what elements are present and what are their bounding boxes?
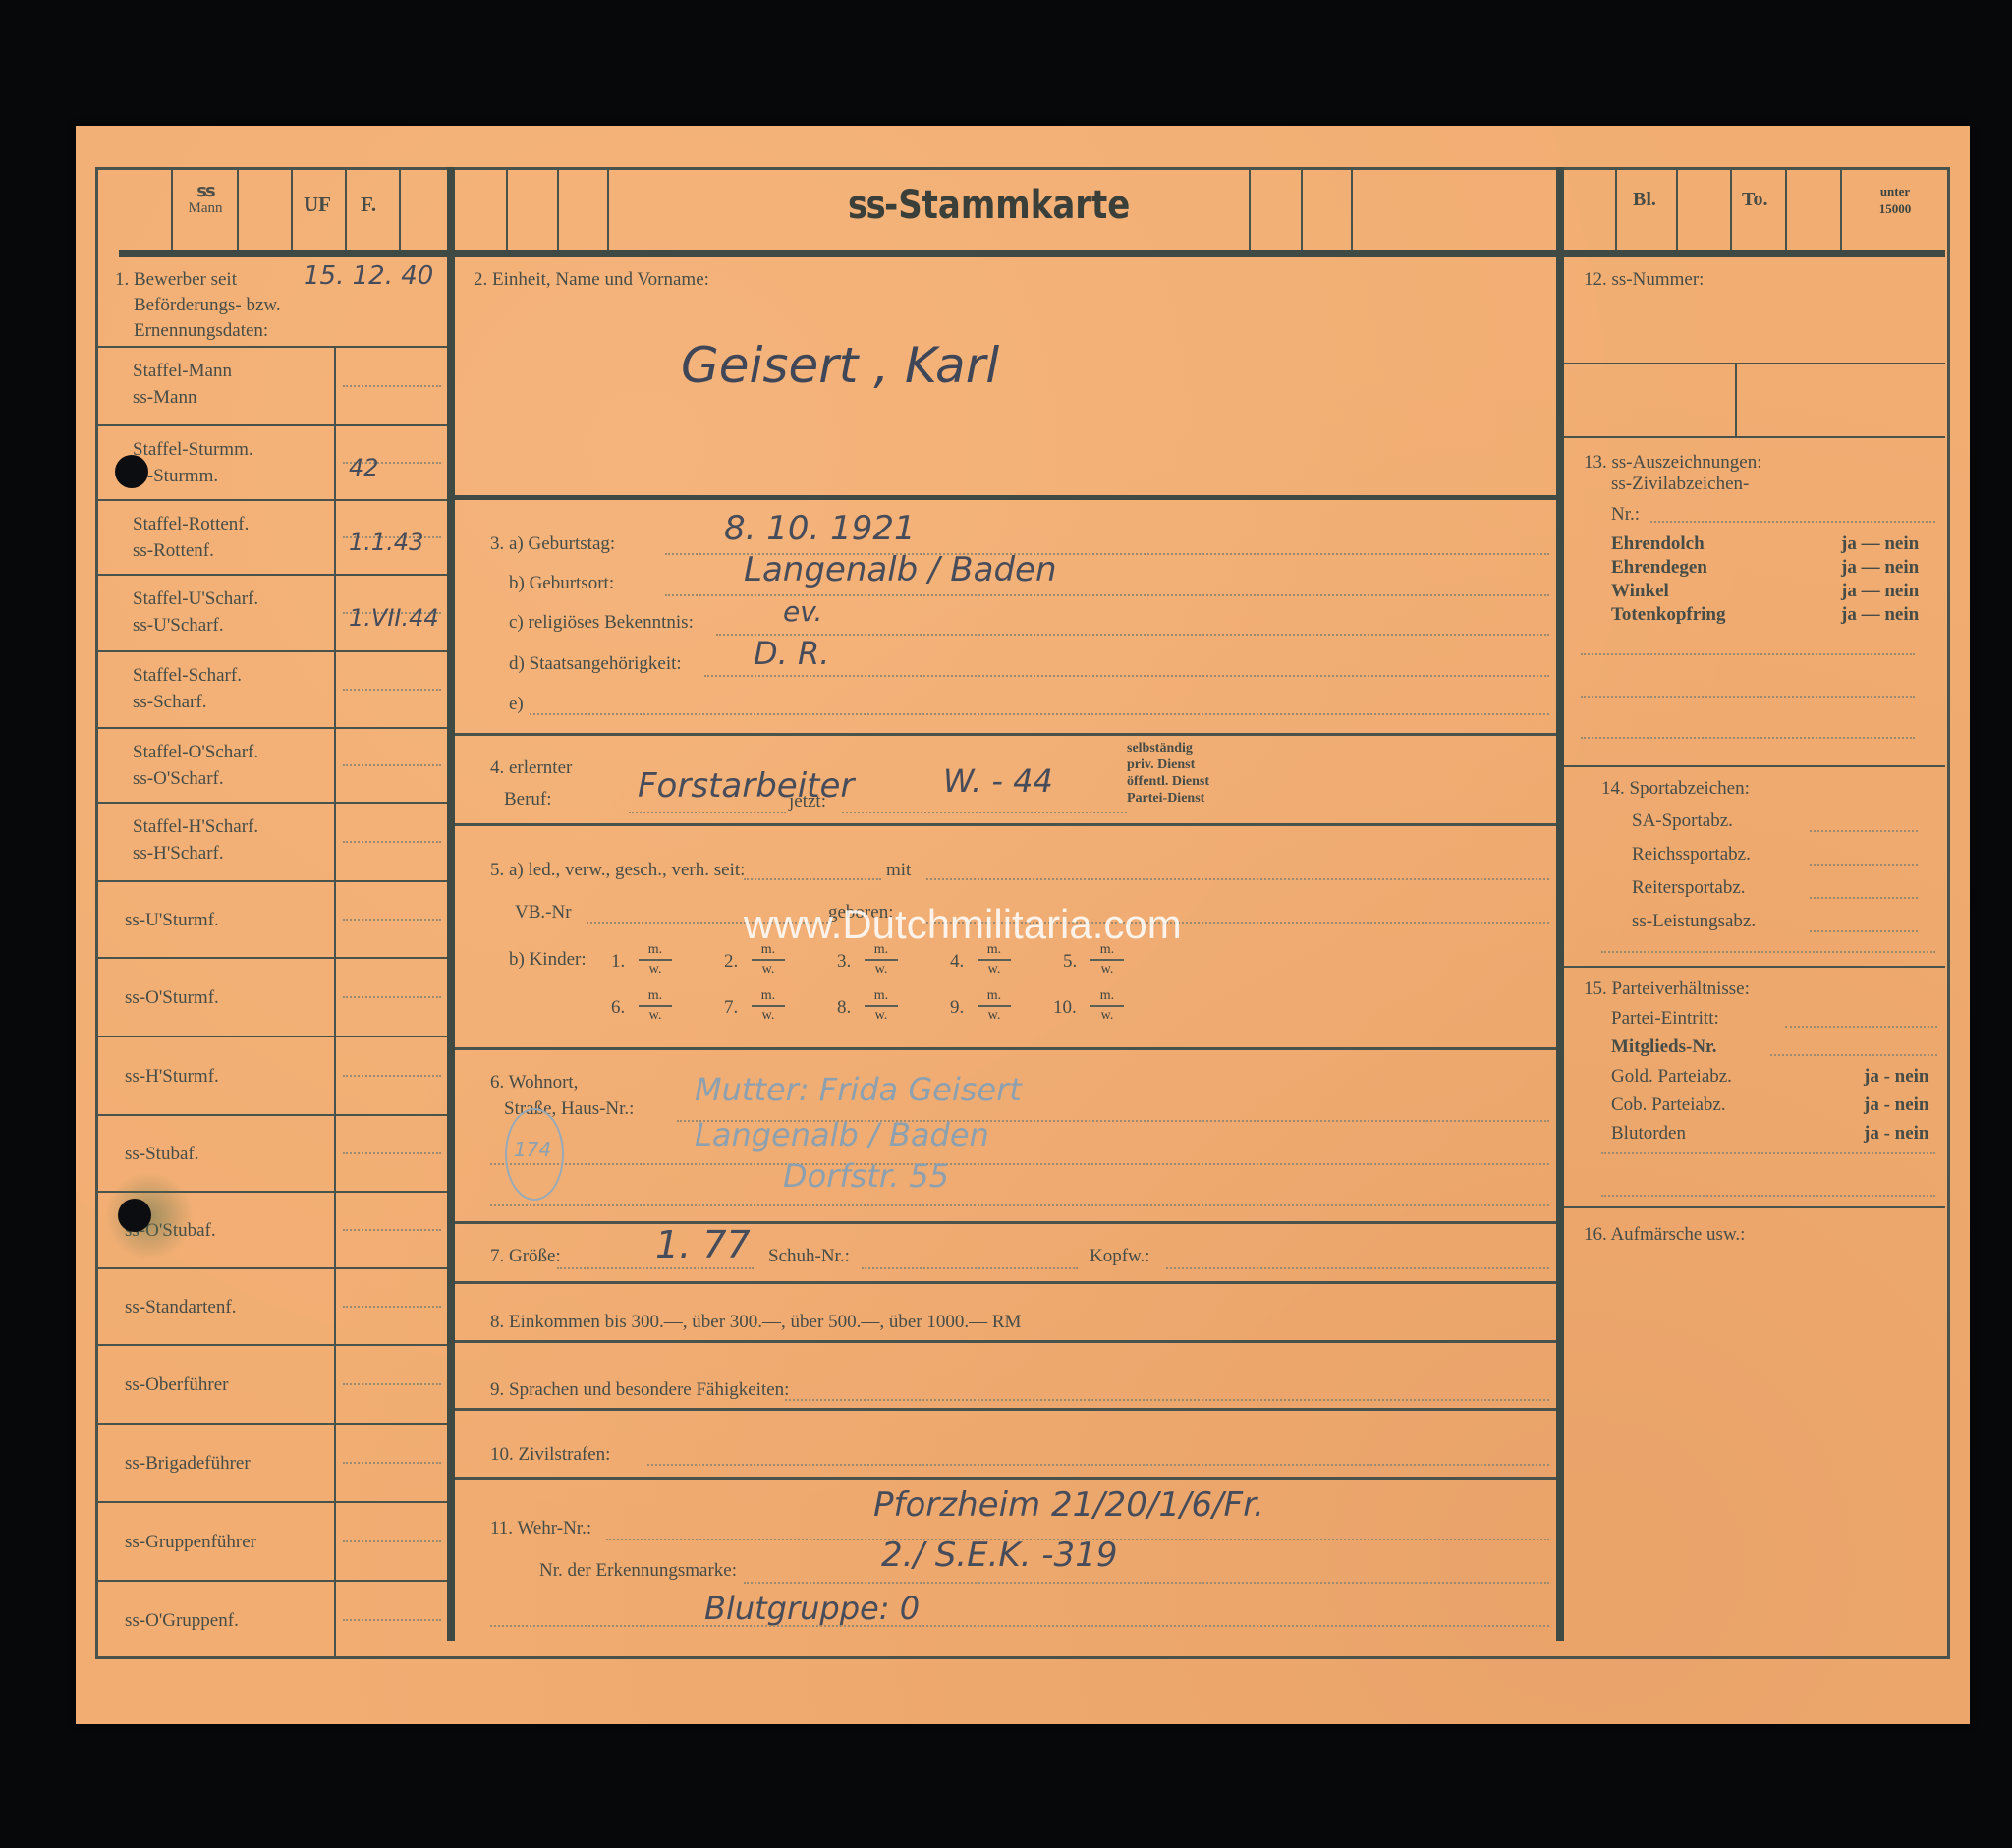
party-extra-line-1 <box>1601 1152 1935 1154</box>
familienstand-label: 5. a) led., verw., gesch., verh. seit: <box>490 860 745 881</box>
section14-bottom-line <box>1564 966 1945 968</box>
rank-date-line <box>343 689 441 691</box>
rank-date-value[interactable]: 42 <box>349 454 379 481</box>
mit-line <box>926 878 1549 880</box>
e-label: e) <box>509 694 524 715</box>
rank-label: ss-U'Sturmf. <box>125 907 219 933</box>
party-item-name: Blutorden <box>1611 1123 1686 1145</box>
frame-top-line <box>95 167 1950 170</box>
sport-badge-label: Reichssportabz. <box>1632 844 1751 866</box>
jetzt-line <box>842 812 1127 813</box>
staatsangehoerigkeit-label: d) Staatsangehörigkeit: <box>509 653 682 675</box>
section10-bottom-line <box>455 1477 1556 1480</box>
header-underline-right <box>1564 250 1945 257</box>
befoerderungs-label: Beförderungs- bzw. <box>134 295 281 316</box>
rank-row: Staffel-Scharf.ss-Scharf. <box>95 650 447 727</box>
rank-label: Staffel-H'Scharf.ss-H'Scharf. <box>133 813 258 867</box>
awards-extra-line-1 <box>1581 653 1915 655</box>
header-left-div <box>345 167 347 250</box>
wohnort-value-3[interactable]: Dorfstr. 55 <box>783 1157 949 1195</box>
sprachen-label: 9. Sprachen und besondere Fähigkeiten: <box>490 1379 789 1401</box>
header-right-div <box>1615 167 1617 250</box>
mitglieds-nr-line <box>1770 1054 1937 1056</box>
rank-date-line <box>343 919 441 921</box>
zivilabzeichen-nr-label: Nr.: <box>1611 504 1640 526</box>
sprachen-line <box>785 1399 1549 1401</box>
award-choice[interactable]: ja — nein <box>1841 604 1919 626</box>
award-name: Ehrendegen <box>1611 557 1707 579</box>
section4-bottom-line <box>455 823 1556 826</box>
kopfweite-line <box>1166 1267 1549 1269</box>
groesse-line <box>557 1267 754 1269</box>
kind-number: 7. <box>724 997 738 1019</box>
wohnort-line-3 <box>490 1204 1549 1206</box>
ss-rune-icon: ss <box>848 183 884 228</box>
punch-hole-bottom <box>118 1199 151 1232</box>
ernennungsdaten-label: Ernennungsdaten: <box>134 320 268 342</box>
mann-label: Mann <box>174 200 237 217</box>
party-item-choice[interactable]: ja - nein <box>1864 1094 1929 1116</box>
kind-number: 8. <box>837 997 851 1019</box>
rank-label: ss-Brigadeführer <box>125 1450 251 1477</box>
left-column-separator <box>447 167 455 1641</box>
rank-row: Staffel-H'Scharf.ss-H'Scharf. <box>95 802 447 880</box>
rank-date-line <box>343 1229 441 1231</box>
section13-bottom-line <box>1564 765 1945 767</box>
ss-nummer-label: 12. ss-Nummer: <box>1584 269 1704 291</box>
rank-date-line <box>343 1075 441 1077</box>
groesse-label: 7. Größe: <box>490 1246 561 1267</box>
uf-header: UF <box>304 193 331 217</box>
award-name: Winkel <box>1611 581 1669 602</box>
award-choice[interactable]: ja — nein <box>1841 533 1919 555</box>
schuh-nr-label: Schuh-Nr.: <box>768 1246 850 1267</box>
sport-badge-line <box>1810 897 1918 899</box>
party-item-name: Cob. Parteiabz. <box>1611 1094 1726 1116</box>
partei-title: 15. Parteiverhältnisse: <box>1584 979 1750 1000</box>
wohnort-value-1[interactable]: Mutter: Frida Geisert <box>695 1071 1022 1108</box>
kind-number: 3. <box>837 951 851 973</box>
section8-bottom-line <box>455 1340 1556 1343</box>
rank-date-line <box>343 1462 441 1464</box>
mit-label: mit <box>886 860 911 881</box>
blutgruppe-line <box>490 1625 1549 1627</box>
section2-label: 2. Einheit, Name und Vorname: <box>474 269 709 291</box>
sport-badge-line <box>1810 830 1918 832</box>
kind-number: 6. <box>611 997 625 1019</box>
award-choice[interactable]: ja — nein <box>1841 557 1919 579</box>
sport-extra-line <box>1601 951 1935 953</box>
rank-date-line <box>343 385 441 387</box>
section9-bottom-line <box>455 1408 1556 1411</box>
beruf-label: Beruf: <box>504 789 552 811</box>
kind-gender-choice[interactable]: m.w. <box>1090 987 1124 1025</box>
kind-number: 4. <box>950 951 964 973</box>
beruf-line <box>629 812 786 813</box>
sportabzeichen-title: 14. Sportabzeichen: <box>1601 778 1750 800</box>
header-mid-div <box>1351 167 1353 250</box>
zivilstrafen-label: 10. Zivilstrafen: <box>490 1444 610 1466</box>
rank-label: ss-Gruppenführer <box>125 1529 256 1555</box>
erkennungsmarke-label: Nr. der Erkennungsmarke: <box>539 1560 737 1582</box>
geburtstag-label: 3. a) Geburtstag: <box>490 533 615 555</box>
rank-row: ss-Brigadeführer <box>95 1423 447 1501</box>
section12-bottom-line <box>1564 436 1945 438</box>
rank-row: Staffel-Rottenf.ss-Rottenf.1.1.43 <box>95 499 447 574</box>
kind-gender-choice[interactable]: m.w. <box>639 987 672 1025</box>
rank-row: ss-O'Sturmf. <box>95 957 447 1036</box>
awards-extra-line-2 <box>1581 696 1915 698</box>
header-right-div <box>1840 167 1842 250</box>
geburtsort-label: b) Geburtsort: <box>509 573 614 594</box>
kind-gender-choice[interactable]: m.w. <box>639 941 672 979</box>
sport-badge-line <box>1810 930 1918 932</box>
award-name: Totenkopfring <box>1611 604 1726 626</box>
rank-date-line <box>343 1383 441 1385</box>
groesse-value[interactable]: 1. 77 <box>655 1223 751 1266</box>
rank-date-line <box>343 1306 441 1308</box>
header-left-div <box>291 167 293 250</box>
staatsangehoerigkeit-value[interactable]: D. R. <box>754 635 829 672</box>
bewerber-seit-value[interactable]: 15. 12. 40 <box>304 261 433 291</box>
rank-label: Staffel-Scharf.ss-Scharf. <box>133 662 242 715</box>
punch-hole-top <box>115 455 148 488</box>
partei-eintritt-line <box>1785 1026 1937 1028</box>
wohnort-value-2[interactable]: Langenalb / Baden <box>695 1116 989 1153</box>
section6-bottom-line <box>455 1221 1556 1224</box>
wehr-nr-value[interactable]: Pforzheim 21/20/1/6/Fr. <box>873 1485 1264 1525</box>
rank-label: ss-O'Gruppenf. <box>125 1607 239 1634</box>
einkommen-label: 8. Einkommen bis 300.—, über 300.—, über… <box>490 1312 1021 1333</box>
schuh-nr-line <box>862 1267 1078 1269</box>
header-underline-left <box>119 250 447 257</box>
header-left-div <box>171 167 173 250</box>
rank-label: ss-H'Sturmf. <box>125 1063 219 1090</box>
header-underline-middle <box>455 250 1556 257</box>
rank-row: ss-H'Sturmf. <box>95 1036 447 1114</box>
kind-number: 5. <box>1063 951 1077 973</box>
rank-row: Staffel-U'Scharf.ss-U'Scharf.1.VII.44 <box>95 574 447 650</box>
rank-date-value[interactable]: 1.VII.44 <box>349 604 439 632</box>
zivilabzeichen-nr-line <box>1650 521 1935 523</box>
rank-date-line <box>343 1540 441 1542</box>
rank-date-value[interactable]: 1.1.43 <box>349 529 423 556</box>
rank-label: ss-O'Sturmf. <box>125 984 219 1011</box>
awards-extra-line-3 <box>1581 737 1915 739</box>
rank-row: ss-U'Sturmf. <box>95 880 447 957</box>
sport-badge-line <box>1810 864 1918 866</box>
right-column-separator <box>1556 167 1564 1641</box>
e-line <box>530 713 1549 715</box>
familienstand-line <box>744 878 881 880</box>
watermark: www.Dutchmilitaria.com <box>744 901 1182 948</box>
rank-row: ss-Gruppenführer <box>95 1501 447 1580</box>
jetzt-label: jetzt: <box>789 791 826 812</box>
wohnort-line-2 <box>490 1163 1549 1165</box>
wehr-nr-label: 11. Wehr-Nr.: <box>490 1518 591 1540</box>
kind-number: 2. <box>724 951 738 973</box>
unter-15000-header: unter 15000 <box>1846 183 1944 218</box>
erlernter-label: 4. erlernter <box>490 757 572 779</box>
geburtstag-value[interactable]: 8. 10. 1921 <box>724 509 916 548</box>
rank-label: Staffel-Mannss-Mann <box>133 358 232 411</box>
staatsangehoerigkeit-line <box>704 675 1549 677</box>
kind-number: 1. <box>611 951 625 973</box>
zivilstrafen-line <box>647 1464 1549 1466</box>
beruf-options: selbständig priv. Dienst öffentl. Dienst… <box>1127 740 1209 807</box>
header-right-div <box>1730 167 1732 250</box>
kinder-label: b) Kinder: <box>509 949 587 971</box>
section3-bottom-line <box>455 733 1556 736</box>
rank-label: Staffel-Sturmm.ss-Sturmm. <box>133 436 253 489</box>
bl-header: Bl. <box>1633 189 1656 211</box>
circled-number-value: 174 <box>514 1138 551 1161</box>
rank-row: ss-Standartenf. <box>95 1267 447 1344</box>
blutgruppe-value[interactable]: Blutgruppe: 0 <box>704 1590 920 1627</box>
header-mid-div <box>1301 167 1303 250</box>
header-right-div <box>1785 167 1787 250</box>
rank-row: ss-O'Gruppenf. <box>95 1580 447 1658</box>
rank-date-line <box>343 1152 441 1154</box>
rank-date-line <box>343 1619 441 1621</box>
wohnort-label: 6. Wohnort, <box>490 1072 578 1093</box>
bekenntnis-line <box>716 634 1549 636</box>
ss-nummer-divider <box>1564 363 1945 364</box>
rank-label: Staffel-O'Scharf.ss-O'Scharf. <box>133 739 258 792</box>
rank-date-line <box>343 764 441 766</box>
sport-badge-label: Reitersportabz. <box>1632 877 1746 899</box>
section5-bottom-line <box>455 1047 1556 1050</box>
header-right-div <box>1676 167 1678 250</box>
award-name: Ehrendolch <box>1611 533 1705 555</box>
bekenntnis-label: c) religiöses Bekenntnis: <box>509 612 694 634</box>
section7-bottom-line <box>455 1281 1556 1284</box>
ss-nummer-mid-divider <box>1735 363 1737 436</box>
page-title: ss-Stammkarte <box>848 183 1130 228</box>
jetzt-value[interactable]: W. - 44 <box>943 762 1053 800</box>
name-value[interactable]: Geisert , Karl <box>681 337 999 394</box>
party-item-choice[interactable]: ja - nein <box>1864 1123 1929 1145</box>
zivilabzeichen-title: ss-Zivilabzeichen- <box>1611 474 1749 495</box>
bewerber-seit-label: 1. Bewerber seit <box>115 269 237 291</box>
award-choice[interactable]: ja — nein <box>1841 581 1919 602</box>
party-extra-line-2 <box>1601 1195 1935 1197</box>
rank-label: ss-Standartenf. <box>125 1294 236 1320</box>
header-mid-div <box>1249 167 1251 250</box>
sport-badge-label: ss-Leistungsabz. <box>1632 911 1756 932</box>
to-header: To. <box>1742 189 1768 211</box>
aufmaersche-title: 16. Aufmärsche usw.: <box>1584 1224 1745 1246</box>
rank-date-line <box>343 996 441 998</box>
kopfweite-label: Kopfw.: <box>1090 1246 1150 1267</box>
party-item-name: Gold. Parteiabz. <box>1611 1066 1732 1088</box>
mitglieds-nr-label: Mitglieds-Nr. <box>1611 1036 1716 1058</box>
rank-row: Staffel-O'Scharf.ss-O'Scharf. <box>95 727 447 802</box>
section2-bottom-line <box>455 495 1556 500</box>
vb-nr-label: VB.-Nr <box>515 902 572 924</box>
kind-gender-choice[interactable]: m.w. <box>978 987 1011 1025</box>
rank-row: Staffel-Mannss-Mann <box>95 346 447 424</box>
bekenntnis-value[interactable]: ev. <box>783 595 822 628</box>
kind-gender-choice[interactable]: m.w. <box>752 987 785 1025</box>
rank-label: Staffel-Rottenf.ss-Rottenf. <box>133 511 249 564</box>
kind-gender-choice[interactable]: m.w. <box>865 987 898 1025</box>
rank-row: ss-Oberführer <box>95 1344 447 1423</box>
header-left-div <box>237 167 239 250</box>
party-item-choice[interactable]: ja - nein <box>1864 1066 1929 1088</box>
kind-number: 9. <box>950 997 964 1019</box>
erkennungsmarke-line <box>744 1582 1549 1584</box>
f-header: F. <box>361 193 376 217</box>
header-mid-div <box>506 167 508 250</box>
ss-rune-icon: ss <box>174 183 237 200</box>
frame-right-line <box>1947 167 1950 1659</box>
header-mid-div <box>557 167 559 250</box>
erkennungsmarke-value[interactable]: 2./ S.E.K. -319 <box>881 1536 1117 1575</box>
kind-number: 10. <box>1053 997 1077 1019</box>
rank-label: ss-Oberführer <box>125 1372 229 1398</box>
header-mid-div <box>607 167 609 250</box>
geburtsort-value[interactable]: Langenalb / Baden <box>744 550 1057 589</box>
header-left-div <box>399 167 401 250</box>
rank-row: Staffel-Sturmm.ss-Sturmm.42 <box>95 424 447 499</box>
ss-mann-header: ss Mann <box>174 183 237 217</box>
section15-bottom-line <box>1564 1206 1945 1208</box>
rank-label: Staffel-U'Scharf.ss-U'Scharf. <box>133 586 258 639</box>
auszeichnungen-title: 13. ss-Auszeichnungen: <box>1584 452 1762 474</box>
partei-eintritt-label: Partei-Eintritt: <box>1611 1008 1719 1030</box>
rank-label: ss-Stubaf. <box>125 1141 198 1167</box>
sport-badge-label: SA-Sportabz. <box>1632 811 1733 832</box>
rank-date-line <box>343 841 441 843</box>
